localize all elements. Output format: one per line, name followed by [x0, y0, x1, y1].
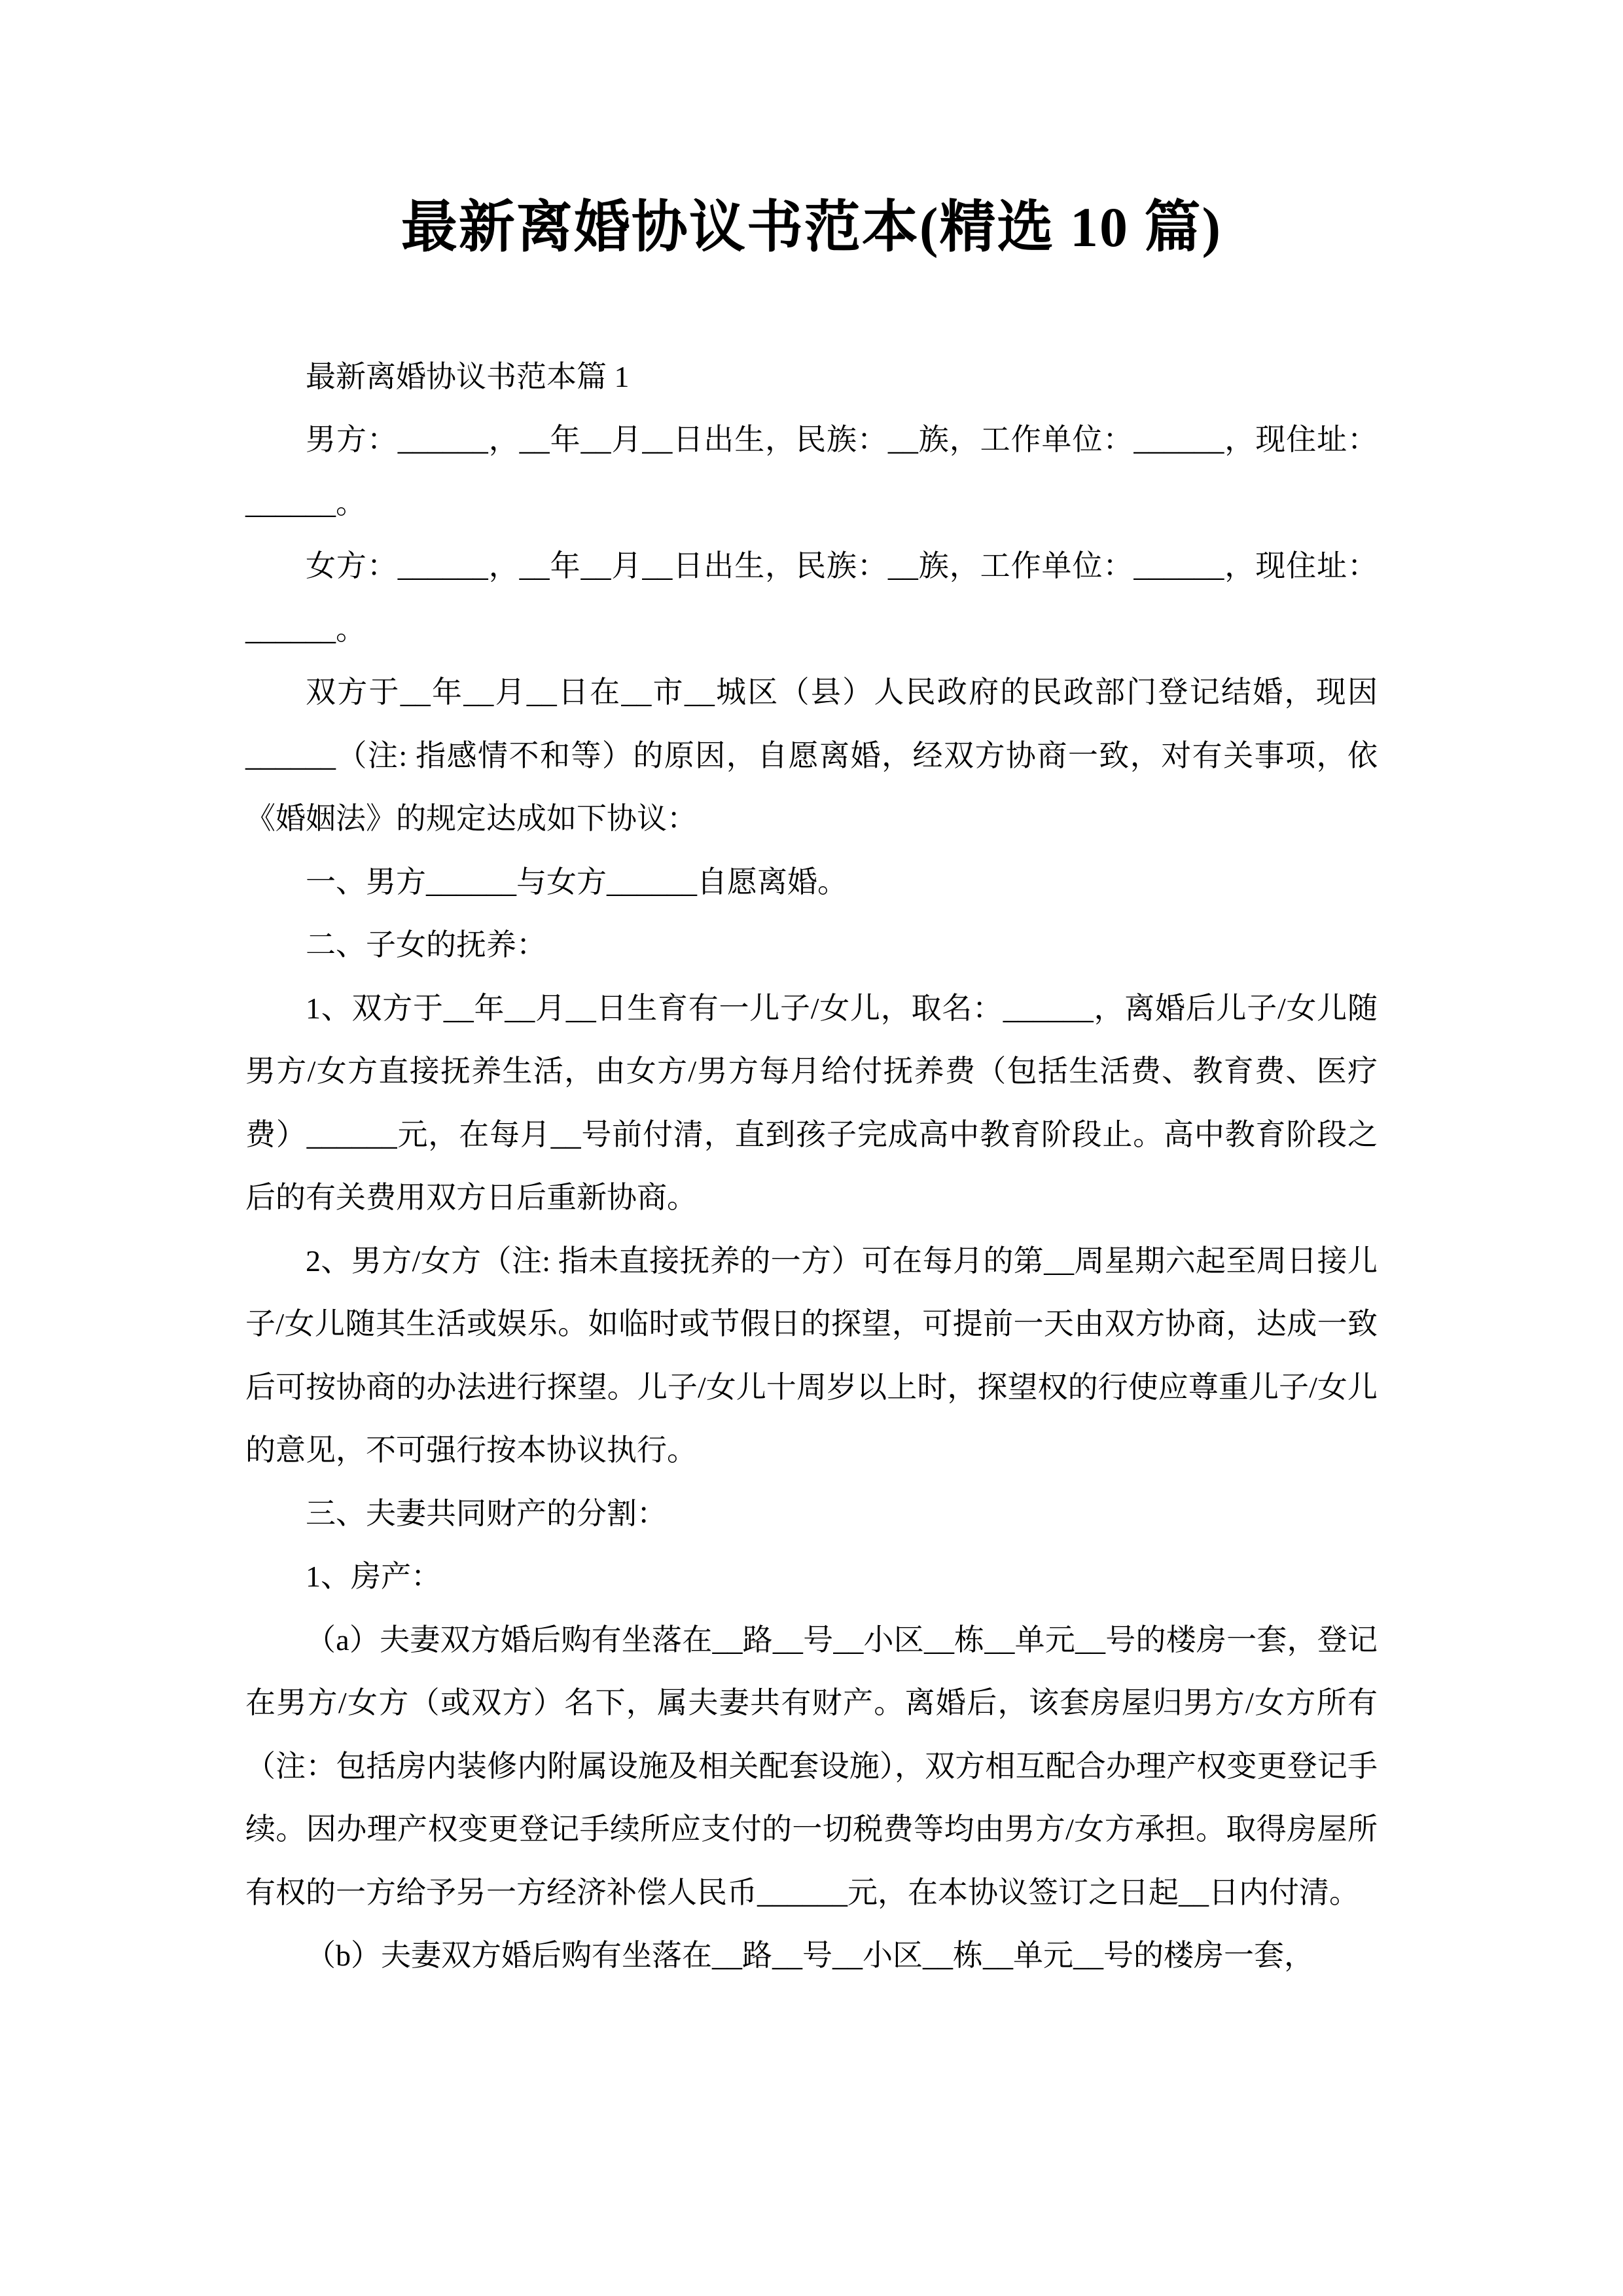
paragraph-visitation: 2、男方/女方（注: 指未直接抚养的一方）可在每月的第__周星期六起至周日接儿子… [245, 1230, 1378, 1482]
paragraph-party-male: 男方：______，__年__月__日出生，民族：__族，工作单位：______… [245, 408, 1378, 535]
document-page: 最新离婚协议书范本(精选 10 篇) 最新离婚协议书范本篇 1 男方：_____… [0, 0, 1623, 2296]
document-body: 最新离婚协议书范本篇 1 男方：______，__年__月__日出生，民族：__… [245, 346, 1378, 1988]
document-title: 最新离婚协议书范本(精选 10 篇) [0, 0, 1623, 262]
paragraph-clause-3-heading-property: 三、夫妻共同财产的分割： [245, 1482, 1378, 1546]
paragraph-marriage-registration: 双方于__年__月__日在__市__城区（县）人民政府的民政部门登记结婚，现因_… [245, 661, 1378, 851]
paragraph-house-b: （b）夫妻双方婚后购有坐落在__路__号__小区__栋__单元__号的楼房一套， [245, 1924, 1378, 1988]
paragraph-real-estate-heading: 1、房产： [245, 1545, 1378, 1609]
paragraph-house-a: （a）夫妻双方婚后购有坐落在__路__号__小区__栋__单元__号的楼房一套，… [245, 1609, 1378, 1925]
paragraph-clause-1-divorce: 一、男方______与女方______自愿离婚。 [245, 851, 1378, 914]
paragraph-clause-2-heading-custody: 二、子女的抚养： [245, 914, 1378, 977]
paragraph-party-female: 女方：______，__年__月__日出生，民族：__族，工作单位：______… [245, 535, 1378, 661]
paragraph-custody-support: 1、双方于__年__月__日生育有一儿子/女儿，取名：______，离婚后儿子/… [245, 977, 1378, 1230]
section-heading: 最新离婚协议书范本篇 1 [245, 346, 1378, 409]
